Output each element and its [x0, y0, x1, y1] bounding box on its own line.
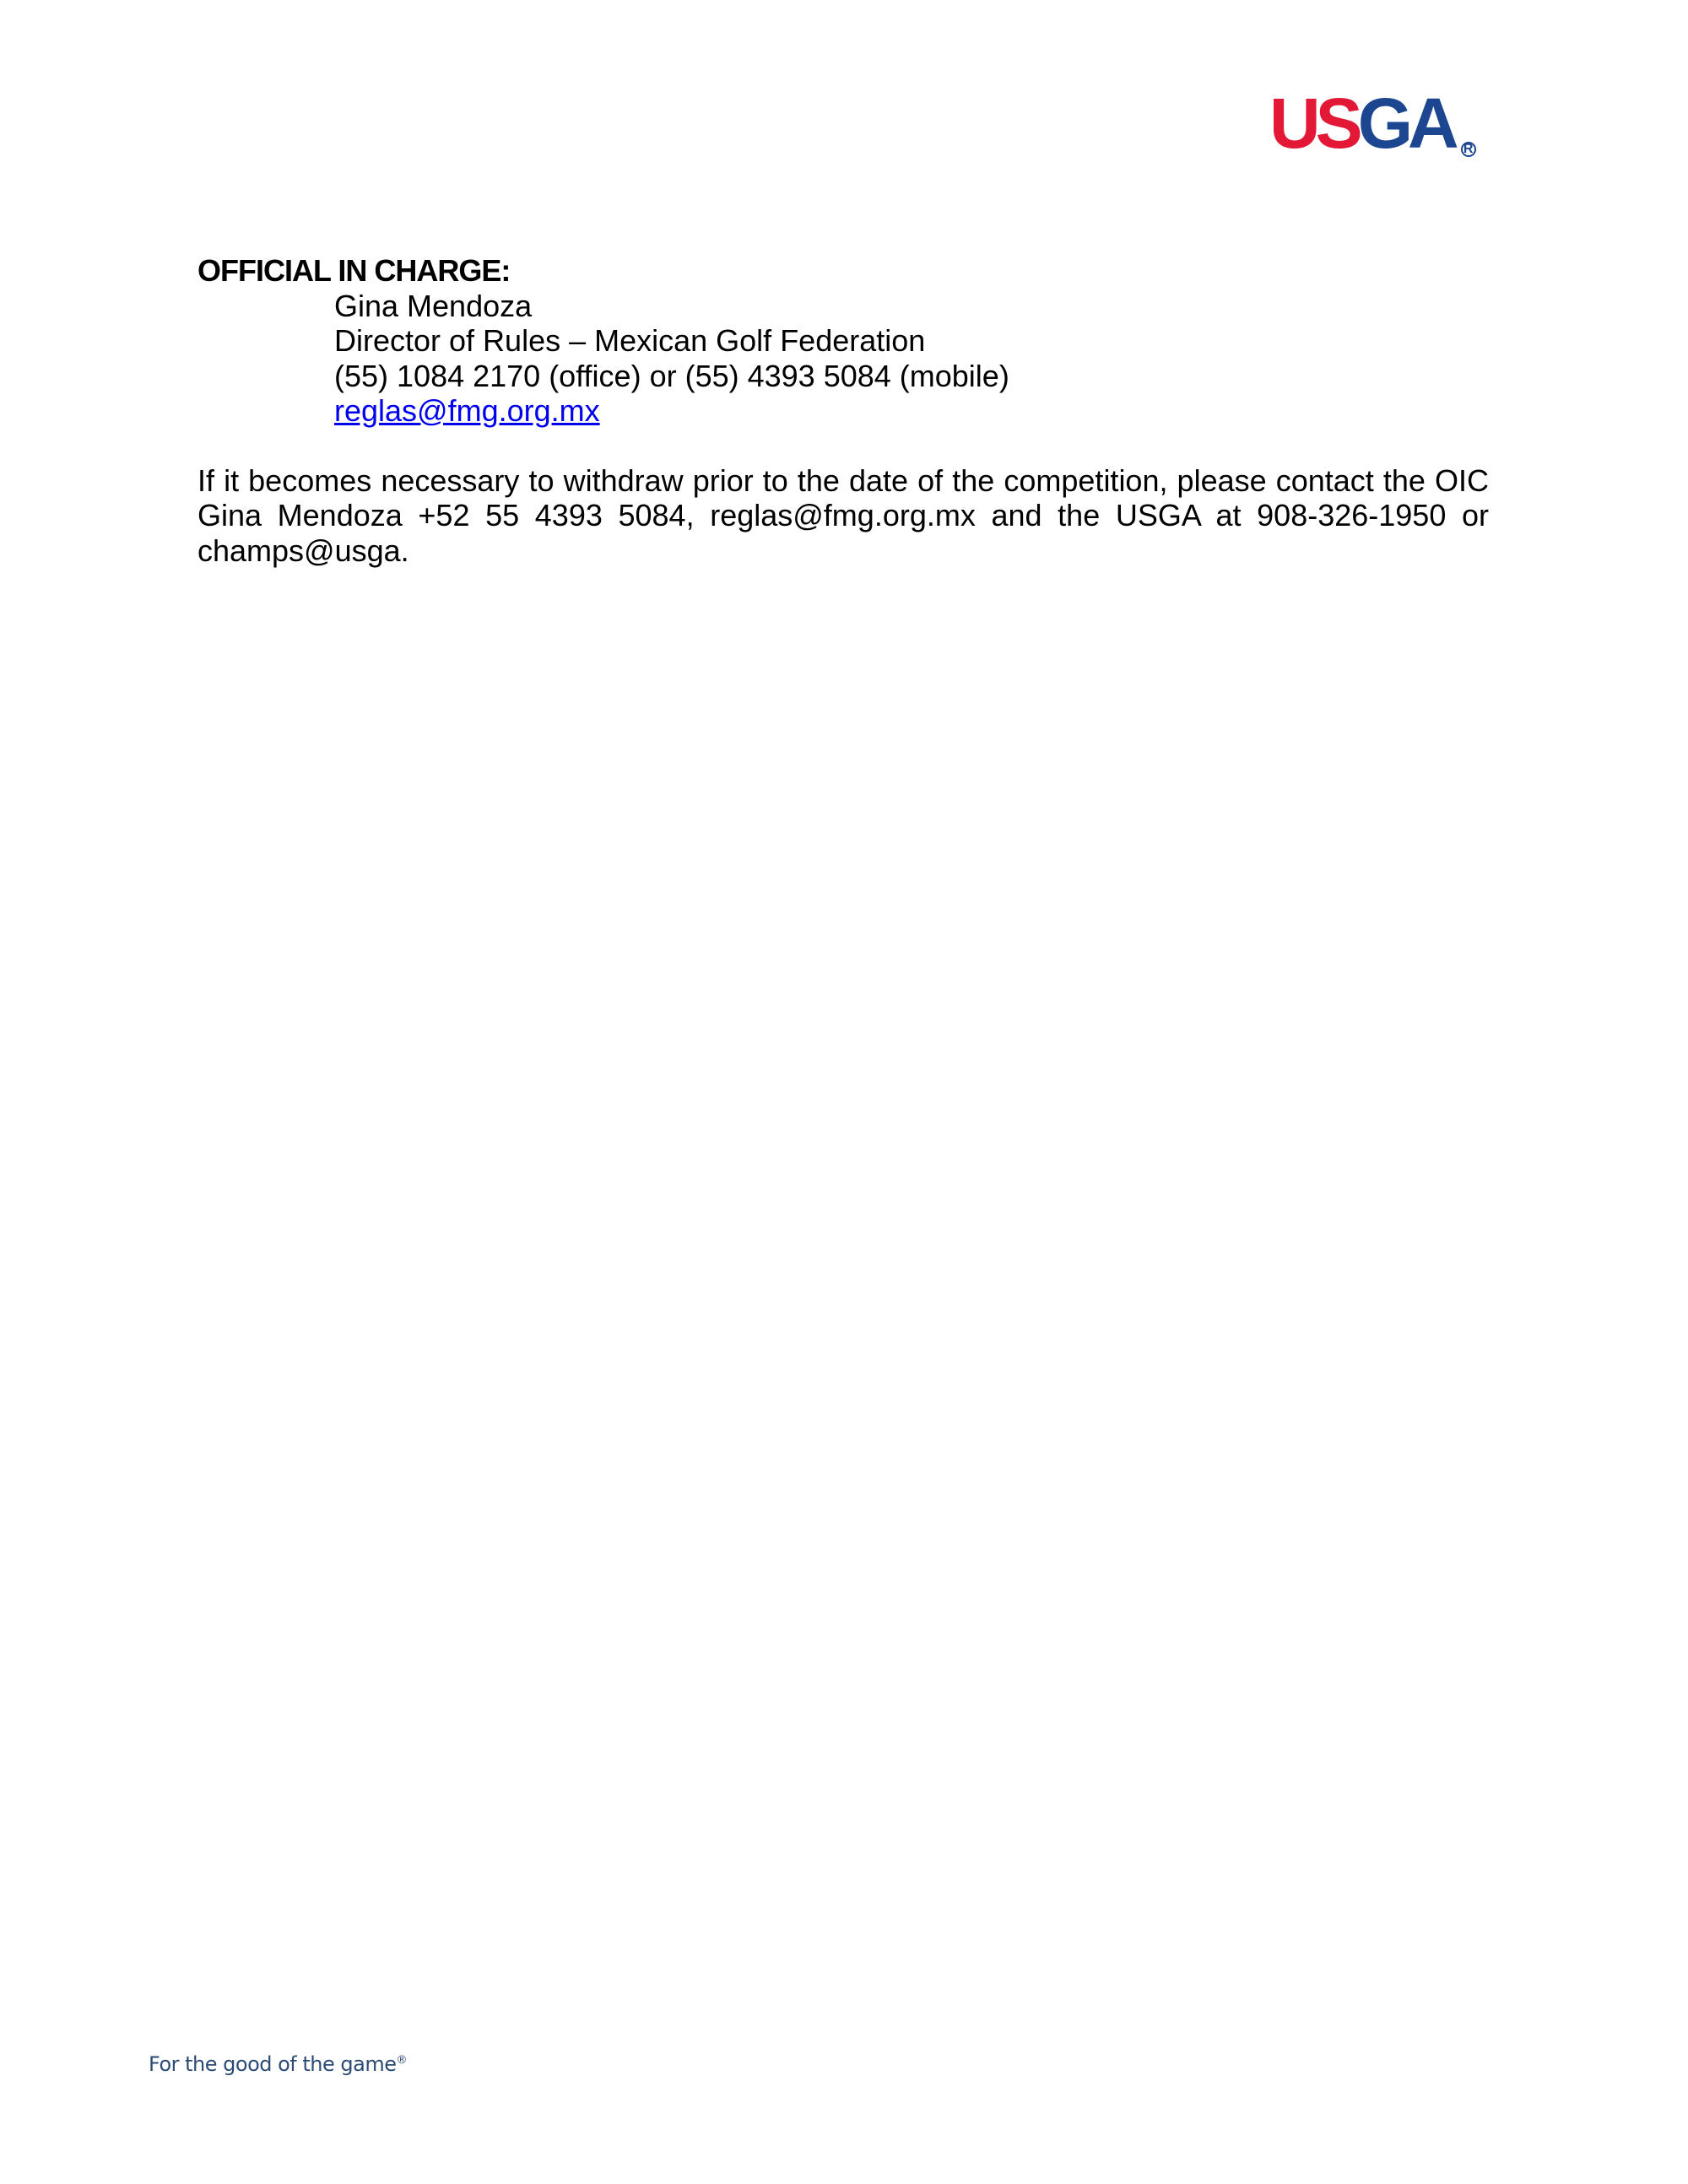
official-name: Gina Mendoza [197, 289, 1489, 324]
withdraw-paragraph: If it becomes necessary to withdraw prio… [197, 463, 1489, 569]
usga-logo: USGAR [1269, 98, 1476, 159]
footer-tagline: For the good of the game® [149, 2052, 407, 2076]
official-title: Director of Rules – Mexican Golf Federat… [197, 323, 1489, 359]
logo-us: US [1269, 88, 1358, 159]
document-body: OFFICIAL IN CHARGE: Gina Mendoza Directo… [197, 253, 1489, 568]
official-phones: (55) 1084 2170 (office) or (55) 4393 508… [197, 359, 1489, 394]
official-heading: OFFICIAL IN CHARGE: [197, 253, 1489, 289]
registered-mark: ® [396, 2054, 407, 2067]
official-email-link[interactable]: reglas@fmg.org.mx [334, 393, 600, 428]
logo-ga: GA [1358, 88, 1454, 159]
tagline-text: For the good of the game [149, 2052, 396, 2076]
registered-icon: R [1461, 142, 1476, 157]
